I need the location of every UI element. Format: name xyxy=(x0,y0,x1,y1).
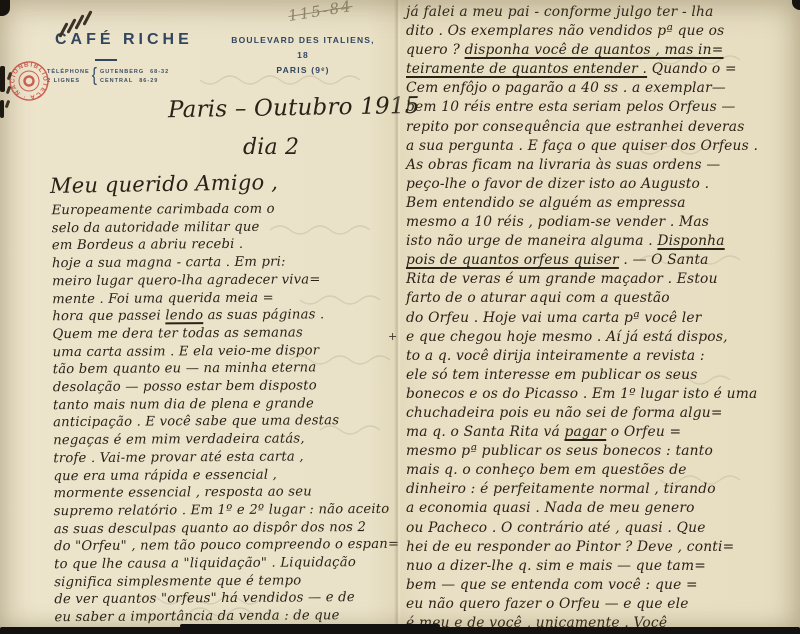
handwritten-line: Rita de veras é um grande maçador . Esto… xyxy=(406,270,798,289)
handwritten-line: quero ? disponha você de quantos , mas i… xyxy=(406,41,798,60)
page-fold-seam xyxy=(394,0,401,634)
handwritten-line: mesmo a 10 réis , podiam-se vender . Mas xyxy=(406,213,798,232)
letterhead-brand: CAFÉ RICHE xyxy=(55,31,193,49)
handwritten-line: pois de quantos orfeus quiser . — O Sant… xyxy=(406,251,798,270)
handwritten-line: e que chegou hoje mesmo . Aí já está dis… xyxy=(406,328,798,347)
phone2-number: 86-29 xyxy=(139,78,158,84)
handwritten-line: dinheiro : é perfeitamente normal , tira… xyxy=(406,480,798,499)
letterhead-phone-block: TÉLÉPHONE 2 LIGNES { GUTENBERG 68-32 CEN… xyxy=(47,67,169,85)
address-line2: PARIS (9ᵉ) xyxy=(228,63,378,78)
handwritten-line: já falei a meu pai - conforme julgo ter … xyxy=(406,3,798,22)
handwritten-line: ou Pacheco . O contrário até , quasi . Q… xyxy=(406,519,798,538)
handwritten-line: bem — que se entenda com você : que = xyxy=(406,576,798,595)
handwritten-line: nuo a dizer-lhe q. sim e mais — que tam= xyxy=(406,557,798,576)
handwritten-line: bonecos e os do Picasso . Em 1º lugar is… xyxy=(406,385,798,404)
handwritten-line: eu não quero fazer o Orfeu — e que ele xyxy=(406,595,798,614)
address-line1: BOULEVARD DES ITALIENS, 18 xyxy=(228,33,378,63)
handwritten-line: do Orfeu . Hoje vai uma carta pª você le… xyxy=(406,309,798,328)
fold-cross-mark: + xyxy=(388,330,397,343)
handwritten-line: chuchadeira pois eu não sei de forma alg… xyxy=(406,404,798,423)
handwritten-line: Cem enfôjo o pagarão a 40 ss . a exempla… xyxy=(406,79,798,98)
handwritten-line: ele só tem interesse em publicar os seus xyxy=(406,366,798,385)
handwritten-line: de ver quantos "orfeus" há vendidos — e … xyxy=(54,589,399,609)
day-line: dia 2 xyxy=(243,135,299,160)
scan-edge-bottom xyxy=(0,627,800,634)
phone1-number: 68-32 xyxy=(150,69,169,75)
brace-glyph: { xyxy=(92,65,98,87)
handwritten-line: to que lhe causa a "liquidação" . Liquid… xyxy=(54,554,399,574)
handwritten-line: a sua pergunta . E faça o que quiser dos… xyxy=(406,137,798,156)
salutation: Meu querido Amigo , xyxy=(50,170,278,198)
handwritten-line: peço-lhe o favor de dizer isto ao August… xyxy=(406,175,798,194)
handwritten-line: hei de eu responder ao Pintor ? Deve , c… xyxy=(406,538,798,557)
letterhead-rule xyxy=(95,59,117,61)
handwritten-line: Bem entendido se alguém as empressa xyxy=(406,194,798,213)
handwritten-line: mesmo pª publicar os seus bonecos : tant… xyxy=(406,442,798,461)
handwritten-line: As obras ficam na livraria às suas orden… xyxy=(406,156,798,175)
handwritten-line: isto não urge de maneira alguma . Dispon… xyxy=(406,232,798,251)
handwritten-line: farto de o aturar aqui com a questão xyxy=(406,289,798,308)
handwritten-line: repito por consequência que estranhei de… xyxy=(406,118,798,137)
phone2-name: CENTRAL xyxy=(100,78,133,84)
letter-scan: CAFÉ RICHE TÉLÉPHONE 2 LIGNES { GUTENBER… xyxy=(0,0,800,634)
right-page-body: já falei a meu pai - conforme julgo ter … xyxy=(406,3,798,633)
handwritten-line: teiramente de quantos entender . Quando … xyxy=(406,60,798,79)
handwritten-line: bem 10 réis entre esta seriam pelos Orfe… xyxy=(406,98,798,117)
handwritten-line: to a q. você dirija inteiramente a revis… xyxy=(406,347,798,366)
dateline: Paris – Outubro 1915 xyxy=(168,93,420,123)
handwritten-line: mais q. o conheço bem em questões de xyxy=(406,461,798,480)
handwritten-line: supremo relatório . Em 1º e 2º lugar : n… xyxy=(54,501,399,521)
letterhead-address: BOULEVARD DES ITALIENS, 18 PARIS (9ᵉ) xyxy=(228,33,378,78)
phone1-name: GUTENBERG xyxy=(100,69,144,75)
handwritten-line: dito . Os exemplares não vendidos pª que… xyxy=(406,22,798,41)
left-page-body: Europeamente carimbada com oselo da auto… xyxy=(52,200,400,627)
scan-edge-mark xyxy=(0,100,4,118)
handwritten-line: a economia quasi . Nada de meu genero xyxy=(406,499,798,518)
handwritten-line: ma q. o Santa Rita vá pagar o Orfeu = xyxy=(406,423,798,442)
scan-edge-mark xyxy=(0,66,5,92)
